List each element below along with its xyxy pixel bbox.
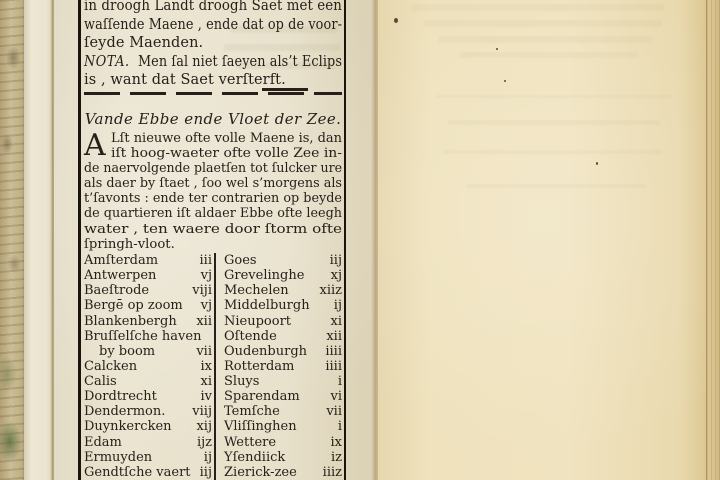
table-row: by boomvii — [84, 344, 212, 359]
place-name: Yſendiick — [224, 450, 285, 465]
table-row: Amſterdamiii — [84, 253, 212, 268]
table-row: Grevelinghexj — [224, 268, 342, 283]
place-name: Dendermon. — [84, 404, 165, 419]
place-name: Goes — [224, 253, 257, 268]
dashed-divider — [84, 92, 342, 95]
table-row: Rotterdamiiii — [224, 359, 342, 374]
place-name: Mechelen — [224, 283, 289, 298]
tide-hour: iiii — [325, 344, 342, 359]
paragraph-line: iſt hoog-waeter ofte volle Zee in- — [84, 146, 342, 161]
place-name: Duynkercken — [84, 419, 172, 434]
place-name: Calis — [84, 374, 117, 389]
tide-hour: i — [338, 374, 342, 389]
tide-table-right-column: GoesiijGrevelinghexjMechelenxiizMiddelbu… — [216, 253, 342, 480]
place-name: by boom — [84, 344, 155, 359]
place-name: Blankenbergh — [84, 314, 177, 329]
tide-hour: iii — [200, 253, 212, 268]
frame-border-left — [78, 0, 81, 480]
ghost-showthrough — [442, 150, 662, 154]
paragraph-line: Lſt nieuwe ofte volle Maene is, dan — [84, 131, 342, 146]
table-row: Mechelenxiiz — [224, 283, 342, 298]
tide-hour: xj — [331, 268, 342, 283]
paper-speck — [596, 162, 598, 165]
place-name: Calcken — [84, 359, 137, 374]
ghost-showthrough — [448, 120, 660, 125]
paragraph-line: als daer by ſtaet , ſoo wel s’morgens al… — [84, 176, 342, 191]
nota-text: Men ſal niet ſaeyen als’t Eclips — [138, 54, 342, 70]
tide-hour: xij — [196, 419, 212, 434]
place-name: Middelburgh — [224, 298, 310, 313]
paragraph-line: de quartieren iſt aldaer Ebbe ofte leegh — [84, 206, 342, 221]
ghost-showthrough — [460, 52, 638, 58]
place-name: Ermuyden — [84, 450, 152, 465]
tide-hour: iij — [200, 465, 212, 480]
place-name: Nieupoort — [224, 314, 291, 329]
table-row: Ermuydenij — [84, 450, 212, 465]
place-name: Wettere — [224, 435, 276, 450]
tide-hour: ix — [331, 435, 343, 450]
table-row: Bergē op zoomvj — [84, 298, 212, 313]
place-name: Sluys — [224, 374, 259, 389]
tide-hour: xi — [201, 374, 213, 389]
table-row: Goesiij — [224, 253, 342, 268]
place-name: Bergē op zoom — [84, 298, 183, 313]
book-scan: in droogh Landt droogh Saet met een waſſ… — [0, 0, 720, 480]
tide-hour: xiiz — [320, 283, 343, 298]
paragraph-lines: Lſt nieuwe ofte volle Maene is, daniſt h… — [84, 131, 342, 252]
tide-hour: xii — [196, 314, 212, 329]
table-row: Gendtſche vaertiij — [84, 465, 212, 480]
section-heading: Vande Ebbe ende Vloet der Zee. — [84, 110, 342, 128]
tide-hour: ijz — [197, 435, 212, 450]
table-row: Blankenberghxii — [84, 314, 212, 329]
tide-hour: vj — [201, 268, 212, 283]
note-line: waſſende Maene , ende dat op de voor- — [84, 16, 342, 35]
nota-label: NOTA. — [84, 54, 130, 70]
place-name: Vliſſinghen — [224, 419, 297, 434]
table-row: Temſchevii — [224, 404, 342, 419]
tide-hour: iiii — [325, 359, 342, 374]
table-row: Vliſſingheni — [224, 419, 342, 434]
ghost-showthrough — [436, 95, 672, 98]
paragraph-line: water , ten waere door ſtorm ofte — [84, 222, 342, 237]
place-name: Edam — [84, 435, 122, 450]
table-row: Bruſſelſche haven — [84, 329, 212, 344]
table-row: Oudenburghiiii — [224, 344, 342, 359]
table-row: Duynkerckenxij — [84, 419, 212, 434]
table-row: Baeſtrodeviji — [84, 283, 212, 298]
place-name: Oudenburgh — [224, 344, 307, 359]
paper-speck — [394, 18, 398, 23]
paper-speck — [504, 80, 506, 82]
table-row: Calckenix — [84, 359, 212, 374]
tide-hour: viij — [192, 404, 212, 419]
place-name: Bruſſelſche haven — [84, 329, 201, 344]
tide-hour: iiiz — [323, 465, 342, 480]
ghost-showthrough — [438, 36, 652, 43]
tide-hour: i — [338, 419, 342, 434]
place-name: Dordtrecht — [84, 389, 157, 404]
place-name: Baeſtrode — [84, 283, 149, 298]
place-name: Sparendam — [224, 389, 300, 404]
right-page-blank — [378, 0, 706, 480]
nota-line: NOTA. Men ſal niet ſaeyen als’t Eclips — [84, 53, 342, 72]
table-row: Dendermon.viij — [84, 404, 212, 419]
ghost-showthrough — [424, 20, 662, 27]
table-row: Wettereix — [224, 435, 342, 450]
place-name: Grevelinghe — [224, 268, 304, 283]
page-edge-strip — [24, 0, 52, 480]
place-name: Gendtſche vaert — [84, 465, 191, 480]
tide-hour: vj — [201, 298, 212, 313]
table-row: Oſtendexii — [224, 329, 342, 344]
place-name: Rotterdam — [224, 359, 294, 374]
tide-hour: iv — [200, 389, 212, 404]
tide-hour: xii — [326, 329, 342, 344]
table-row: Sluysi — [224, 374, 342, 389]
tide-hour: ix — [201, 359, 213, 374]
tide-table: AmſterdamiiiAntwerpenvjBaeſtrodevijiBerg… — [84, 253, 342, 480]
paragraph-line: de naervolgende plaetſen tot ſulcker ure — [84, 161, 342, 176]
frame-border-right — [344, 0, 346, 480]
place-name: Amſterdam — [84, 253, 158, 268]
table-row: Dordtrechtiv — [84, 389, 212, 404]
tide-hour: ij — [334, 298, 342, 313]
table-row: Sparendamvi — [224, 389, 342, 404]
table-row: Yſendiickiz — [224, 450, 342, 465]
place-name: Zierick-zee — [224, 465, 297, 480]
tide-table-left-column: AmſterdamiiiAntwerpenvjBaeſtrodevijiBerg… — [84, 253, 212, 480]
adjacent-map-page-edge — [0, 0, 24, 480]
table-row: Middelburghij — [224, 298, 342, 313]
ghost-showthrough — [412, 4, 664, 11]
table-row: Antwerpenvj — [84, 268, 212, 283]
drop-cap: A — [84, 132, 106, 160]
note-line: ſeyde Maenden. — [84, 34, 342, 53]
tide-hour: ij — [204, 450, 212, 465]
tide-hour: viji — [192, 283, 212, 298]
note-line: in droogh Landt droogh Saet met een — [84, 0, 342, 16]
tide-hour: iij — [330, 253, 342, 268]
paragraph-line: t’ſavonts : ende ter contrarien op beyde — [84, 191, 342, 206]
left-page: in droogh Landt droogh Saet met een waſſ… — [54, 0, 375, 480]
tide-hour: xi — [331, 314, 343, 329]
table-row: Nieupoortxi — [224, 314, 342, 329]
tide-hour: iz — [331, 450, 342, 465]
book-page-edges — [706, 0, 720, 480]
table-row: Zierick-zeeiiiz — [224, 465, 342, 480]
place-name: Oſtende — [224, 329, 277, 344]
tide-hour: vii — [196, 344, 212, 359]
tide-hour: vi — [330, 389, 342, 404]
place-name: Antwerpen — [84, 268, 156, 283]
sowing-note-block: in droogh Landt droogh Saet met een waſſ… — [84, 0, 342, 90]
table-row: Edamijz — [84, 435, 212, 450]
paragraph-line: ſpringh-vloot. — [84, 237, 342, 252]
table-row: Calisxi — [84, 374, 212, 389]
ghost-showthrough — [466, 184, 646, 188]
tide-hour: vii — [326, 404, 342, 419]
place-name: Temſche — [224, 404, 280, 419]
tide-paragraph: A Lſt nieuwe ofte volle Maene is, daniſt… — [84, 131, 342, 252]
paper-speck — [496, 48, 498, 50]
